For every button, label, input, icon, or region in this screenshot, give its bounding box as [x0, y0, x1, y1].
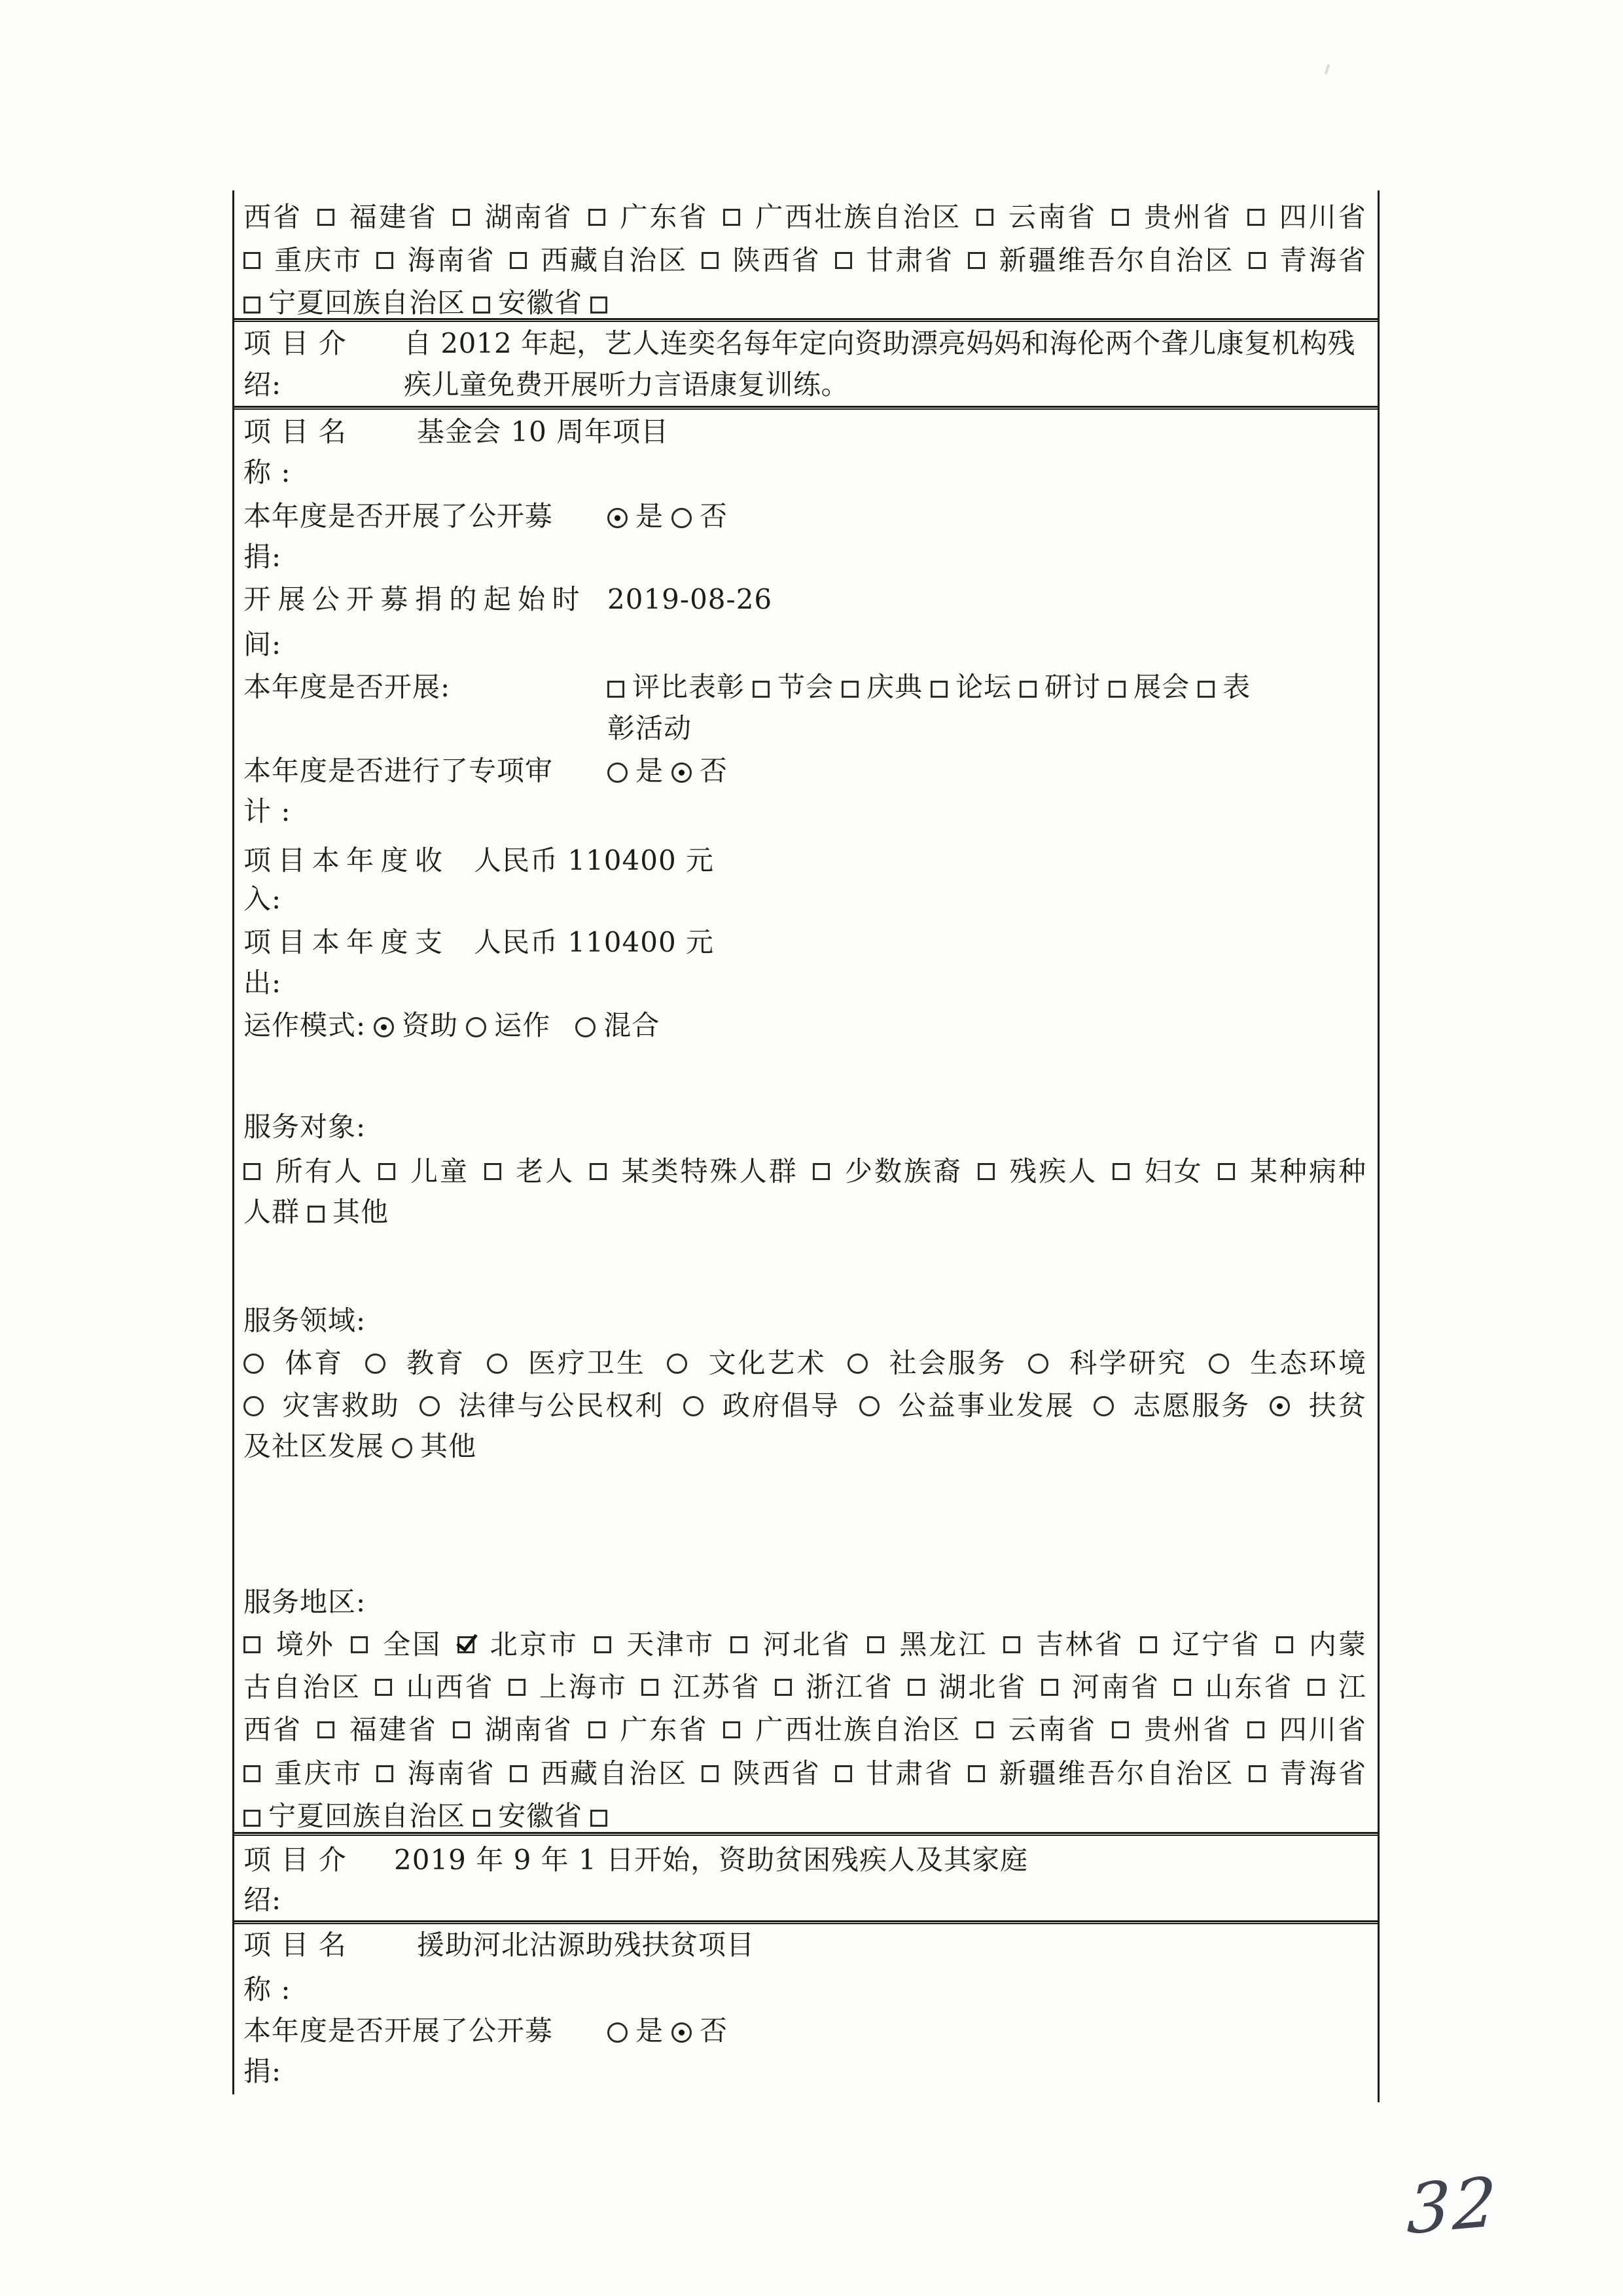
text: 人民币 110400 元 [474, 926, 714, 958]
text: 海南省 [408, 243, 496, 278]
text: 甘肃省 [866, 1756, 954, 1791]
text: 称 : [243, 456, 291, 488]
text: 妇女 [1145, 1154, 1204, 1189]
project2-annual-income: 项 目 本 年 度 收人民币 110400 元 [243, 843, 1368, 878]
text: 人民币 110400 元 [474, 844, 714, 876]
text: 项 目 名 [243, 416, 347, 448]
text: 捐: [243, 2055, 281, 2087]
checkbox-icon [1218, 1163, 1235, 1180]
value-group: 基金会 10 周年项目 [417, 414, 669, 450]
value-group: 援助河北沽源助残扶贫项目 [417, 1928, 755, 1963]
project3-name-line-1: 项 目 名援助河北沽源助残扶贫项目 [243, 1928, 1368, 1963]
radio-icon [243, 1354, 264, 1374]
text: 某类特殊人群 [622, 1154, 798, 1189]
text: 云南省 [1008, 1712, 1097, 1748]
checkbox-icon [351, 1636, 368, 1653]
checkbox-icon [607, 681, 624, 698]
checkbox-icon [243, 1765, 260, 1782]
radio-icon [607, 2022, 628, 2043]
project2-annual-expense: 项 目 本 年 度 支人民币 110400 元 [243, 925, 1368, 960]
text: 本年度是否开展了公开募 [243, 2015, 553, 2047]
checkbox-icon [1247, 1721, 1264, 1738]
service-field-options-3: 及社区发展其他 [243, 1429, 1368, 1464]
checkbox-icon [484, 1163, 501, 1180]
project2-annual-income-cont: 入: [243, 882, 1368, 917]
text: 政府倡导 [722, 1388, 840, 1424]
checkbox-icon [968, 1765, 985, 1782]
text: 服务对象: [243, 1111, 366, 1143]
selected-radio-icon [374, 1017, 394, 1037]
text: 生态环境 [1250, 1346, 1368, 1381]
service-area-label: 服务地区: [243, 1585, 1368, 1620]
text: 其他 [420, 1430, 476, 1462]
service-area-options-1: 境外全国北京市天津市河北省黑龙江吉林省辽宁省内蒙 [243, 1627, 1368, 1662]
project2-fundraising-question-cont: 捐: [243, 539, 1368, 575]
text: 湖南省 [485, 200, 573, 235]
checkbox-icon [908, 1679, 925, 1696]
text: 评比表彰 [632, 671, 745, 703]
text: 广西壮族自治区 [755, 200, 961, 235]
value-group: 彰活动 [607, 711, 692, 746]
checkbox-icon [976, 209, 993, 226]
text: 黑龙江 [899, 1627, 988, 1662]
text: 福建省 [349, 1712, 438, 1748]
service-area-options-5: 宁夏回族自治区安徽省 [243, 1799, 1368, 1834]
value-group: 是否 [607, 499, 728, 534]
text: 山西省 [406, 1670, 494, 1705]
radio-icon [487, 1354, 507, 1374]
text: 内蒙 [1309, 1627, 1368, 1662]
radio-icon [1028, 1354, 1048, 1374]
checkbox-icon [813, 1163, 830, 1180]
service-area-cont-line-2: 重庆市海南省西藏自治区陕西省甘肃省新疆维吾尔自治区青海省 [243, 243, 1368, 278]
radio-icon [847, 1354, 868, 1374]
text: 绍: [243, 368, 281, 401]
checkbox-icon [508, 1679, 526, 1696]
checkbox-icon [375, 1679, 392, 1696]
text: 绍: [243, 1884, 281, 1916]
checkbox-icon [594, 1636, 611, 1653]
checkbox-icon [1308, 1679, 1325, 1696]
text: 庆典 [866, 671, 923, 703]
text: 项 目 名 [243, 1929, 347, 1961]
text: 浙江省 [806, 1670, 894, 1705]
checkbox-icon [1112, 1721, 1129, 1738]
text: 2019 年 9 年 1 日开始，资助贫困残疾人及其家庭 [394, 1844, 1028, 1876]
service-target-label: 服务对象: [243, 1109, 1368, 1145]
text: 计 : [243, 795, 291, 827]
text: 本年度是否开展了公开募 [243, 500, 553, 532]
text: 基金会 10 周年项目 [417, 416, 669, 448]
text: 项 目 介 [243, 327, 347, 359]
selected-radio-icon [671, 2022, 692, 2043]
project3-intro-line-1: 项 目 介2019 年 9 年 1 日开始，资助贫困残疾人及其家庭 [243, 1842, 1368, 1878]
text: 残疾人 [1009, 1154, 1097, 1189]
text: 北京市 [490, 1627, 579, 1662]
checked-checkbox-icon [457, 1636, 474, 1653]
text: 儿童 [410, 1154, 469, 1189]
table-right-border [1378, 190, 1380, 2102]
text: 甘肃省 [866, 243, 954, 278]
checkbox-icon [1109, 681, 1126, 698]
text: 广西壮族自治区 [755, 1712, 961, 1748]
text: 服务领域: [243, 1304, 366, 1336]
text: 宁夏回族自治区 [268, 1800, 465, 1832]
project2-audit-question-cont: 计 : [243, 794, 1368, 829]
text: 西藏自治区 [541, 1756, 688, 1791]
text: 项 目 本 年 度 支 [243, 926, 443, 958]
text: 河南省 [1072, 1670, 1160, 1705]
text: 西藏自治区 [541, 243, 688, 278]
text: 老人 [516, 1154, 575, 1189]
text: 境外 [276, 1627, 335, 1662]
text: 海南省 [408, 1756, 496, 1791]
text: 入: [243, 883, 281, 915]
project2-activities-options-cont: 彰活动 [243, 711, 1368, 746]
checkbox-icon [931, 681, 948, 698]
checkbox-icon [842, 681, 859, 698]
text: 服务地区: [243, 1586, 366, 1618]
text: 福建省 [349, 200, 438, 235]
checkbox-icon [775, 1679, 792, 1696]
checkbox-icon [1249, 252, 1266, 269]
text: 少数族裔 [845, 1154, 963, 1189]
project1-intro-line-1: 项 目 介自 2012 年起，艺人连奕名每年定向资助漂亮妈妈和海伦两个聋儿康复机… [243, 326, 1368, 361]
checkbox-icon [376, 1765, 393, 1782]
checkbox-icon [1112, 209, 1129, 226]
checkbox-icon [510, 1765, 527, 1782]
text: 江 [1338, 1670, 1368, 1705]
checkbox-icon [835, 1765, 852, 1782]
text: 宁夏回族自治区 [268, 287, 465, 319]
text: 新疆维吾尔自治区 [999, 243, 1234, 278]
checkbox-icon [243, 1163, 260, 1180]
project3-fundraising-question: 本年度是否开展了公开募是否 [243, 2013, 1368, 2049]
value-group: 人民币 110400 元 [474, 843, 714, 878]
text: 青海省 [1279, 243, 1368, 278]
text: 本年度是否开展: [243, 671, 450, 703]
text: 河北省 [763, 1627, 851, 1662]
checkbox-icon [976, 1721, 993, 1738]
text: 上海市 [539, 1670, 628, 1705]
checkbox-icon [588, 1721, 605, 1738]
text: 项 目 介 [243, 1844, 347, 1876]
text: 否 [700, 755, 728, 787]
value-group: 人民币 110400 元 [474, 925, 714, 960]
project3-name-line-2: 称 : [243, 1972, 1368, 2007]
text: 本年度是否进行了专项审 [243, 755, 553, 787]
text: 重庆市 [274, 243, 363, 278]
project2-operation-mode: 运作模式:资助运作混合 [243, 1008, 1368, 1043]
project2-fundraising-start-date: 开 展 公 开 募 捐 的 起 始 时2019-08-26 [243, 582, 1368, 617]
selected-radio-icon [607, 508, 628, 528]
text: 安徽省 [498, 1800, 582, 1832]
checkbox-icon [243, 1810, 260, 1827]
text: 混合 [603, 1009, 660, 1041]
text: 自 2012 年起，艺人连奕名每年定向资助漂亮妈妈和海伦两个聋儿康复机构残 [404, 327, 1355, 359]
checkbox-icon [378, 1163, 395, 1180]
checkbox-icon [510, 252, 527, 269]
checkbox-icon [723, 1721, 740, 1738]
service-area-options-2: 古自治区山西省上海市江苏省浙江省湖北省河南省山东省江 [243, 1670, 1368, 1705]
checkbox-icon [1174, 1679, 1191, 1696]
service-field-options-1: 体育教育医疗卫生文化艺术社会服务科学研究生态环境 [243, 1346, 1368, 1381]
checkbox-icon [588, 209, 605, 226]
text: 湖南省 [485, 1712, 573, 1748]
checkbox-icon [641, 1679, 658, 1696]
text: 文化艺术 [709, 1346, 827, 1381]
text: 资助 [402, 1009, 458, 1041]
text: 全国 [383, 1627, 442, 1662]
text: 否 [700, 2015, 728, 2047]
scan-artifact-mark [1325, 64, 1330, 75]
radio-icon [466, 1017, 486, 1037]
service-area-options-3: 西省福建省湖南省广东省广西壮族自治区云南省贵州省四川省 [243, 1712, 1368, 1748]
text: 贵州省 [1144, 1712, 1232, 1748]
text: 是 [635, 755, 664, 787]
text: 陕西省 [733, 1756, 821, 1791]
radio-icon [1094, 1396, 1114, 1416]
text: 运作 [494, 1009, 550, 1041]
text: 西省 [243, 200, 302, 235]
checkbox-icon [1249, 1765, 1266, 1782]
project3-intro-line-2: 绍: [243, 1882, 1368, 1918]
project2-annual-expense-cont: 出: [243, 965, 1368, 1001]
scanned-form-page: 西省福建省湖南省广东省广西壮族自治区云南省贵州省四川省 重庆市海南省西藏自治区陕… [0, 0, 1623, 2296]
text: 广东省 [620, 1712, 708, 1748]
checkbox-icon [1113, 1163, 1130, 1180]
text: 四川省 [1279, 200, 1368, 235]
value-group: 疾儿童免费开展听力言语康复训练。 [404, 367, 849, 403]
text: 扶贫 [1309, 1388, 1368, 1424]
checkbox-icon [1041, 1679, 1058, 1696]
checkbox-icon [1198, 681, 1215, 698]
text: 西省 [243, 1712, 302, 1748]
text: 2019-08-26 [607, 583, 772, 615]
checkbox-icon [1247, 209, 1264, 226]
checkbox-icon [835, 252, 852, 269]
text: 表 [1222, 671, 1251, 703]
checkbox-icon [376, 252, 393, 269]
text: 体育 [285, 1346, 344, 1381]
text: 人群 [243, 1196, 300, 1228]
text: 捐: [243, 541, 281, 573]
project2-fundraising-question: 本年度是否开展了公开募是否 [243, 499, 1368, 534]
checkbox-icon [1020, 681, 1037, 698]
radio-icon [1209, 1354, 1229, 1374]
text: 疾儿童免费开展听力言语康复训练。 [404, 368, 849, 401]
text: 节会 [777, 671, 834, 703]
text: 古自治区 [243, 1670, 361, 1705]
text: 重庆市 [274, 1756, 363, 1791]
service-target-options-2: 人群其他 [243, 1194, 1368, 1230]
text: 所有人 [276, 1154, 364, 1189]
row-divider [232, 1920, 1380, 1924]
text: 江苏省 [672, 1670, 760, 1705]
checkbox-icon [243, 1636, 260, 1653]
checkbox-icon [317, 209, 334, 226]
radio-icon [365, 1354, 385, 1374]
text: 开 展 公 开 募 捐 的 起 始 时 [243, 583, 580, 615]
text: 医疗卫生 [528, 1346, 646, 1381]
selected-radio-icon [671, 762, 692, 783]
text: 陕西省 [733, 243, 821, 278]
checkbox-icon [1276, 1636, 1293, 1653]
service-field-label: 服务领域: [243, 1303, 1368, 1338]
text: 灾害救助 [283, 1388, 401, 1424]
table-left-border [232, 190, 234, 2094]
row-divider [232, 406, 1380, 410]
selected-radio-icon [1270, 1396, 1290, 1416]
value-group: 自 2012 年起，艺人连奕名每年定向资助漂亮妈妈和海伦两个聋儿康复机构残 [404, 326, 1355, 361]
text: 教育 [406, 1346, 465, 1381]
checkbox-icon [473, 296, 490, 314]
radio-icon [243, 1396, 264, 1416]
radio-icon [607, 762, 628, 783]
checkbox-icon [590, 1163, 607, 1180]
radio-icon [683, 1396, 704, 1416]
checkbox-icon [753, 681, 770, 698]
service-target-options-1: 所有人儿童老人某类特殊人群少数族裔残疾人妇女某种病种 [243, 1154, 1368, 1189]
value-group: 是否 [607, 753, 728, 789]
project2-activities-options: 本年度是否开展:评比表彰节会庆典论坛研讨展会表 [243, 670, 1368, 705]
text: 研讨 [1044, 671, 1101, 703]
text: 四川省 [1279, 1712, 1368, 1748]
checkbox-icon [723, 209, 740, 226]
checkbox-icon [702, 1765, 719, 1782]
text: 彰活动 [607, 712, 692, 744]
text: 云南省 [1008, 200, 1097, 235]
text: 安徽省 [498, 287, 582, 319]
radio-icon [859, 1396, 880, 1416]
text: 天津市 [626, 1627, 715, 1662]
radio-icon [671, 508, 692, 528]
checkbox-icon [317, 1721, 334, 1738]
radio-icon [667, 1354, 687, 1374]
checkbox-icon [730, 1636, 747, 1653]
handwritten-page-number: 32 [1406, 2168, 1499, 2244]
text: 其他 [332, 1196, 389, 1228]
radio-icon [575, 1017, 596, 1037]
radio-icon [392, 1438, 412, 1458]
text: 间: [243, 628, 281, 660]
text: 论坛 [955, 671, 1012, 703]
service-area-cont-line-3: 宁夏回族自治区安徽省 [243, 285, 1368, 321]
checkbox-icon [243, 296, 260, 314]
text: 某种病种 [1250, 1154, 1368, 1189]
checkbox-icon [702, 252, 719, 269]
text: 社会服务 [889, 1346, 1007, 1381]
text: 湖北省 [938, 1670, 1027, 1705]
checkbox-icon [1140, 1636, 1157, 1653]
text: 山东省 [1205, 1670, 1293, 1705]
project3-fundraising-question-cont: 捐: [243, 2054, 1368, 2089]
text: 项 目 本 年 度 收 [243, 844, 443, 876]
project2-fundraising-start-date-cont: 间: [243, 627, 1368, 662]
text: 科学研究 [1069, 1346, 1187, 1381]
service-area-cont-line-1: 西省福建省湖南省广东省广西壮族自治区云南省贵州省四川省 [243, 200, 1368, 235]
service-area-options-4: 重庆市海南省西藏自治区陕西省甘肃省新疆维吾尔自治区青海省 [243, 1756, 1368, 1791]
checkbox-icon [453, 209, 470, 226]
checkbox-icon [308, 1206, 325, 1223]
checkbox-icon [473, 1810, 490, 1827]
radio-icon [419, 1396, 440, 1416]
checkbox-icon [1003, 1636, 1020, 1653]
project2-audit-question: 本年度是否进行了专项审是否 [243, 753, 1368, 789]
text: 出: [243, 967, 281, 999]
text: 称 : [243, 1973, 291, 2005]
checkbox-icon [978, 1163, 995, 1180]
service-field-options-2: 灾害救助法律与公民权利政府倡导公益事业发展志愿服务扶贫 [243, 1388, 1368, 1424]
value-group: 是否 [607, 2013, 728, 2049]
project1-intro-line-2: 绍:疾儿童免费开展听力言语康复训练。 [243, 367, 1368, 403]
checkbox-icon [590, 1810, 607, 1827]
text: 辽宁省 [1172, 1627, 1260, 1662]
checkbox-icon [867, 1636, 884, 1653]
text: 法律与公民权利 [458, 1388, 664, 1424]
text: 是 [635, 500, 664, 532]
value-group: 2019-08-26 [607, 582, 772, 617]
project2-name-line-1: 项 目 名基金会 10 周年项目 [243, 414, 1368, 450]
text: 志愿服务 [1133, 1388, 1251, 1424]
text: 援助河北沽源助残扶贫项目 [417, 1929, 755, 1961]
text: 广东省 [620, 200, 708, 235]
text: 是 [635, 2015, 664, 2047]
text: 青海省 [1279, 1756, 1368, 1791]
checkbox-icon [968, 252, 985, 269]
text: 公益事业发展 [899, 1388, 1075, 1424]
text: 运作模式: [243, 1009, 366, 1041]
value-group: 评比表彰节会庆典论坛研讨展会表 [607, 670, 1251, 705]
text: 贵州省 [1144, 200, 1232, 235]
value-group: 2019 年 9 年 1 日开始，资助贫困残疾人及其家庭 [394, 1842, 1028, 1878]
text: 新疆维吾尔自治区 [999, 1756, 1234, 1791]
text: 及社区发展 [243, 1430, 384, 1462]
checkbox-icon [243, 252, 260, 269]
checkbox-icon [453, 1721, 470, 1738]
project2-name-line-2: 称 : [243, 455, 1368, 490]
text: 展会 [1133, 671, 1190, 703]
text: 否 [700, 500, 728, 532]
text: 吉林省 [1036, 1627, 1124, 1662]
checkbox-icon [590, 296, 607, 314]
